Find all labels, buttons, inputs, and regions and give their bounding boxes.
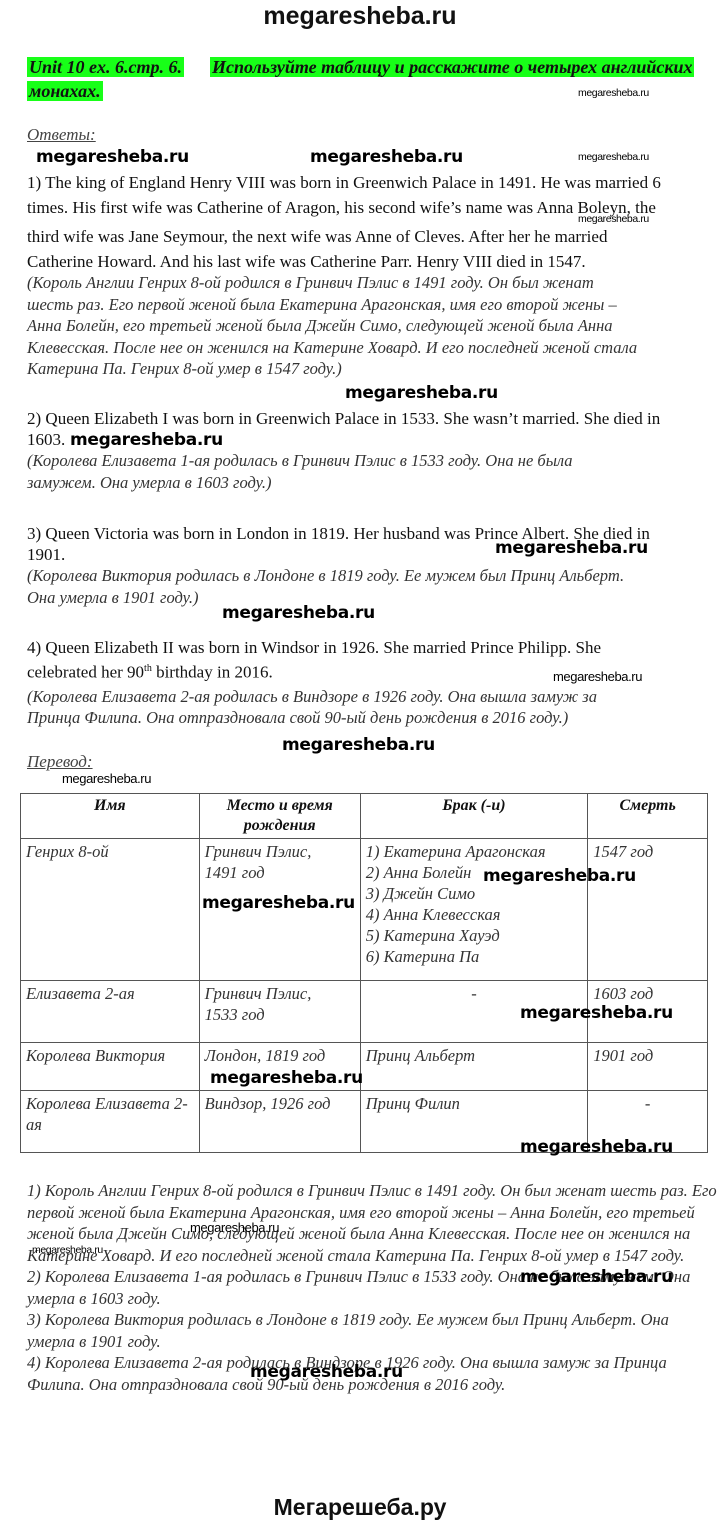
- answer-3: 3) Queen Victoria was born in London in …: [27, 523, 717, 608]
- watermark: megaresheba.ru: [202, 893, 355, 913]
- answer-1-ru-line: Анна Болейн, его третьей женой была Джей…: [27, 315, 717, 337]
- spouse-item: 3) Джейн Симо: [366, 883, 583, 904]
- answer-1-ru-line: (Король Англии Генрих 8-ой родился в Гри…: [27, 272, 717, 294]
- cell-marriages: Принц Альберт: [360, 1043, 588, 1091]
- ordinal-suffix: th: [144, 663, 152, 674]
- spouse-item: 6) Катерина Па: [366, 946, 583, 967]
- site-title: megaresheba.ru: [0, 2, 720, 31]
- spouse-item: 5) Катерина Хауэд: [366, 925, 583, 946]
- answer-4-en-text: birthday in 2016.: [152, 663, 273, 682]
- watermark: megaresheba.ru: [210, 1068, 363, 1088]
- summary-paragraph: 1) Король Англии Генрих 8-ой родился в Г…: [27, 1180, 717, 1266]
- watermark: megaresheba.ru: [62, 771, 151, 786]
- answer-4-ru-line: Принца Филипа. Она отпраздновала свой 90…: [27, 707, 717, 729]
- monarchs-table: Имя Место и время рождения Брак (-и) Сме…: [20, 793, 708, 1153]
- watermark: megaresheba.ru: [222, 603, 375, 623]
- cell-birth-line: Гринвич Пэлис,: [205, 983, 355, 1004]
- cell-birth-line: 1533 год: [205, 1004, 355, 1025]
- column-header-marriages: Брак (-и): [360, 794, 588, 839]
- cell-name: Королева Елизавета 2-ая: [21, 1091, 200, 1153]
- summary-paragraph: 3) Королева Виктория родилась в Лондоне …: [27, 1309, 717, 1352]
- table-row: Королева Виктория Лондон, 1819 год Принц…: [21, 1043, 708, 1091]
- unit-label-text: Unit 10 ex. 6.стр. 6.: [27, 57, 184, 77]
- watermark: megaresheba.ru: [32, 1244, 103, 1256]
- column-header-name: Имя: [21, 794, 200, 839]
- watermark: megaresheba.ru: [282, 735, 435, 755]
- answer-4-en-text: celebrated her 90: [27, 663, 144, 682]
- watermark: megaresheba.ru: [483, 866, 636, 886]
- answer-1-ru-line: Катерина Па. Генрих 8-ой умер в 1547 год…: [27, 358, 717, 380]
- answer-4-en-line: 4) Queen Elizabeth II was born in Windso…: [27, 637, 717, 658]
- watermark: megaresheba.ru: [553, 669, 642, 684]
- answers-label: Ответы:: [27, 125, 96, 145]
- cell-birth-line: 1491 год: [205, 862, 355, 883]
- watermark: megaresheba.ru: [578, 87, 649, 99]
- cell-death: 1547 год: [588, 839, 708, 981]
- cell-marriages: 1) Екатерина Арагонская 2) Анна Болейн 3…: [360, 839, 588, 981]
- watermark: megaresheba.ru: [70, 430, 223, 450]
- answer-4-ru-line: (Королева Елизавета 2-ая родилась в Винд…: [27, 686, 717, 708]
- answer-1-en-line: third wife was Jane Seymour, the next wi…: [27, 226, 717, 247]
- watermark: megaresheba.ru: [345, 383, 498, 403]
- watermark: megaresheba.ru: [250, 1362, 403, 1382]
- site-footer-title: Мегарешеба.ру: [0, 1494, 720, 1521]
- task-line-1: Используйте таблицу и расскажите о четыр…: [210, 57, 694, 77]
- watermark: megaresheba.ru: [520, 1267, 673, 1287]
- answer-1-en-line: Catherine Howard. And his last wife was …: [27, 251, 717, 272]
- unit-label: Unit 10 ex. 6.стр. 6.: [27, 57, 184, 78]
- cell-birth: Виндзор, 1926 год: [199, 1091, 360, 1153]
- cell-name: Елизавета 2-ая: [21, 981, 200, 1043]
- answer-1: 1) The king of England Henry VIII was bo…: [27, 172, 717, 380]
- watermark: megaresheba.ru: [190, 1220, 279, 1235]
- cell-name: Королева Виктория: [21, 1043, 200, 1091]
- watermark: megaresheba.ru: [36, 147, 189, 167]
- answer-1-ru-line: шесть раз. Его первой женой была Екатери…: [27, 294, 717, 316]
- cell-birth: Гринвич Пэлис, 1533 год: [199, 981, 360, 1043]
- watermark: megaresheba.ru: [578, 151, 649, 163]
- watermark: megaresheba.ru: [495, 538, 648, 558]
- column-header-death: Смерть: [588, 794, 708, 839]
- answer-1-ru-line: Клевесская. После нее он женился на Кате…: [27, 337, 717, 359]
- answer-2-en-line: 2) Queen Elizabeth I was born in Greenwi…: [27, 408, 717, 429]
- spouse-item: 4) Анна Клевесская: [366, 904, 583, 925]
- table-header-row: Имя Место и время рождения Брак (-и) Сме…: [21, 794, 708, 839]
- answer-3-ru-line: (Королева Виктория родилась в Лондоне в …: [27, 565, 717, 587]
- answer-2-ru-line: (Королева Елизавета 1-ая родилась в Грин…: [27, 450, 717, 472]
- cell-name: Генрих 8-ой: [21, 839, 200, 981]
- spouse-item: 1) Екатерина Арагонская: [366, 841, 583, 862]
- watermark: megaresheba.ru: [520, 1003, 673, 1023]
- table-row: Генрих 8-ой Гринвич Пэлис, 1491 год 1) Е…: [21, 839, 708, 981]
- answer-2: 2) Queen Elizabeth I was born in Greenwi…: [27, 408, 717, 493]
- watermark: megaresheba.ru: [578, 213, 649, 225]
- task-line-2: монахах.: [27, 81, 103, 101]
- watermark: megaresheba.ru: [520, 1137, 673, 1157]
- watermark: megaresheba.ru: [310, 147, 463, 167]
- translation-label: Перевод:: [27, 752, 93, 772]
- task-instruction-cont: монахах.: [27, 81, 103, 102]
- cell-death: 1901 год: [588, 1043, 708, 1091]
- answer-1-en-line: 1) The king of England Henry VIII was bo…: [27, 172, 717, 193]
- task-instruction: Используйте таблицу и расскажите о четыр…: [210, 57, 694, 78]
- cell-birth-line: Гринвич Пэлис,: [205, 841, 355, 862]
- column-header-birth: Место и время рождения: [199, 794, 360, 839]
- answer-2-ru-line: замужем. Она умерла в 1603 году.): [27, 472, 717, 494]
